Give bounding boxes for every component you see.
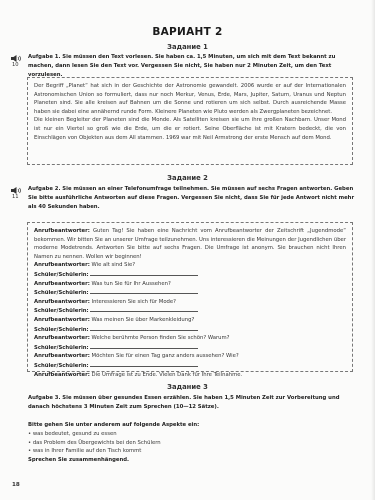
answer-blank[interactable] — [90, 270, 198, 276]
reading-paragraph: Die kleinen Begleiter der Planeten sind … — [34, 116, 346, 142]
task-3-heading: Задание 3 — [0, 383, 375, 391]
dialogue-question: Anrufbeantworter: Wie alt sind Sie? — [34, 261, 346, 270]
speaker-icon — [11, 55, 27, 62]
answer-line[interactable]: Schüler/Schülerin: — [34, 361, 346, 371]
answer-line[interactable]: Schüler/Schülerin: — [34, 288, 346, 298]
aspect-item: • was in Ihrer Familie auf den Tisch kom… — [28, 447, 358, 455]
task-2-dialogue: Anrufbeantworter: Guten Tag! Sie haben e… — [27, 222, 353, 372]
variant-title: ВАРИАНТ 2 — [0, 26, 375, 38]
audio-track-number: 10 — [11, 62, 27, 68]
page-edge-shadow — [371, 0, 375, 500]
task-2-heading: Задание 2 — [0, 174, 375, 182]
task-3-instruction: Aufgabe 3. Sie müssen über gesundes Esse… — [28, 394, 358, 412]
audio-marker-task-2[interactable]: 11 — [11, 187, 27, 200]
audio-marker-task-1[interactable]: 10 — [11, 55, 27, 68]
aspects-heading: Bitte gehen Sie unter anderem auf folgen… — [28, 421, 358, 429]
task-2-instruction: Aufgabe 2. Sie müssen an einer Telefonum… — [28, 185, 358, 212]
dialogue-intro: Anrufbeantworter: Guten Tag! Sie haben e… — [34, 227, 346, 261]
aspect-item: • was bedeutet, gesund zu essen — [28, 430, 358, 438]
dialogue-question: Anrufbeantworter: Was tun Sie für Ihr Au… — [34, 280, 346, 289]
task-1-heading: Задание 1 — [0, 43, 375, 51]
dialogue-closing: Anrufbeantworter: Die Umfrage ist zu End… — [34, 371, 346, 380]
answer-blank[interactable] — [90, 288, 198, 294]
task-1-reading-text: Der Begriff „Planet“ hat sich in der Ges… — [27, 77, 353, 165]
task-1-instruction: Aufgabe 1. Sie müssen den Text vorlesen.… — [28, 53, 358, 80]
speaker-icon — [11, 187, 27, 194]
answer-line[interactable]: Schüler/Schülerin: — [34, 325, 346, 335]
answer-blank[interactable] — [90, 343, 198, 349]
aspect-item: • das Problem des Übergewichts bei den S… — [28, 439, 358, 447]
answer-blank[interactable] — [90, 325, 198, 331]
dialogue-question: Anrufbeantworter: Interessieren Sie sich… — [34, 298, 346, 307]
task-3-aspects: Bitte gehen Sie unter anderem auf folgen… — [28, 421, 358, 464]
answer-blank[interactable] — [90, 361, 198, 367]
audio-track-number: 11 — [11, 194, 27, 200]
speaker-label: Anrufbeantworter: — [34, 228, 90, 234]
dialogue-question: Anrufbeantworter: Welche berühmte Person… — [34, 334, 346, 343]
answer-line[interactable]: Schüler/Schülerin: — [34, 343, 346, 353]
dialogue-question: Anrufbeantworter: Möchten Sie für einen … — [34, 352, 346, 361]
document-page: ВАРИАНТ 2 Задание 1 10 Aufgabe 1. Sie mü… — [0, 0, 375, 500]
answer-blank[interactable] — [90, 306, 198, 312]
dialogue-question: Anrufbeantworter: Was meinen Sie über Ma… — [34, 316, 346, 325]
reading-paragraph: Der Begriff „Planet“ hat sich in der Ges… — [34, 82, 346, 116]
answer-line[interactable]: Schüler/Schülerin: — [34, 270, 346, 280]
page-number: 18 — [12, 482, 20, 488]
task-3-closing: Sprechen Sie zusammenhängend. — [28, 456, 358, 464]
answer-line[interactable]: Schüler/Schülerin: — [34, 306, 346, 316]
